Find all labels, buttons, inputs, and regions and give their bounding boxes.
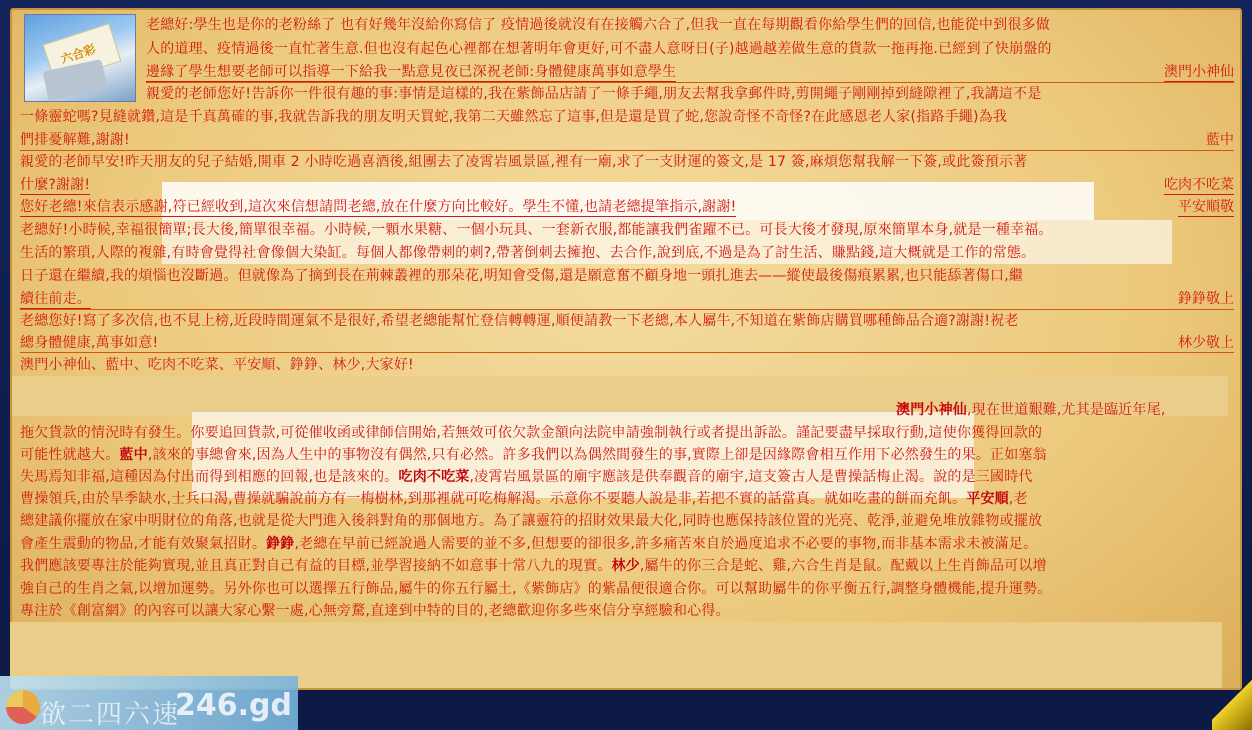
reply-text: 我們應該要專注於能夠實現,並且真正對自己有益的目標,並學習接納不如意事十常八九的…	[20, 558, 612, 574]
reply-text: ,凌霄岩風景區的廟宇應該是供奉觀音的廟宇,這支簽古人是曹操話梅止渴。說的是三國時…	[470, 469, 1033, 485]
divider	[20, 150, 1234, 151]
recipient-name: 藍中	[119, 447, 147, 463]
letter-line: 人的道理、疫情過後一直忙著生意.但也沒有起色心裡都在想著明年會更好,可不盡人意呀…	[146, 40, 1052, 58]
reply-text: 總建議你擺放在家中明財位的角落,也就是從大門進入後斜對角的那個地方。為了讓靈符的…	[20, 513, 1042, 529]
reply-text: 專注於《創富網》的內容可以讓大家心繫一處,心無旁騖,直達到中特的目的,老總歡迎你…	[20, 603, 730, 619]
letter-signature: 澳門小神仙	[1164, 63, 1234, 82]
reply-line: 澳門小神仙,現在世道艱難,尤其是臨近年尾,	[896, 401, 1166, 419]
reply-line: 總建議你擺放在家中明財位的角落,也就是從大門進入後斜對角的那個地方。為了讓靈符的…	[20, 512, 1042, 530]
reply-line: 可能性就越大。藍中,該來的事總會來,因為人生中的事物沒有偶然,只有必然。許多我們…	[20, 446, 1047, 464]
watermark-logo: 欲二四六速 246.gd	[0, 676, 298, 730]
reply-text: ,屬牛的你三合是蛇、雞,六合生肖是鼠。配戴以上生肖飾品可以增	[640, 558, 1047, 574]
recipient-name: 吃肉不吃菜	[399, 469, 470, 485]
reply-text: 可能性就越大。	[20, 447, 119, 463]
letter-line: 親愛的老師您好!告訴你一件很有趣的事:事情是這樣的,我在紫飾品店請了一條手繩,朋…	[146, 85, 1042, 103]
reply-line: 失馬焉知非福,這種因為付出而得到相應的回報,也是該來的。吃肉不吃菜,凌霄岩風景區…	[20, 468, 1033, 486]
letter-line: 續往前走。	[20, 290, 91, 309]
recipient-name: 澳門小神仙	[896, 402, 967, 418]
letter-signature: 藍中	[1206, 131, 1234, 149]
reply-text: 拖欠貨款的情況時有發生。你要追回貨款,可從催收函或律師信開始,若無效可依欠款金額…	[20, 425, 1042, 441]
recipient-name: 錚錚	[266, 536, 294, 552]
watermark-domain: 246.gd	[175, 688, 292, 723]
logo-icon	[6, 690, 40, 724]
reply-text: ,老	[1009, 491, 1028, 507]
reply-line: 拖欠貨款的情況時有發生。你要追回貨款,可從催收函或律師信開始,若無效可依欠款金額…	[20, 424, 1042, 442]
reply-text: 失馬焉知非福,這種因為付出而得到相應的回報,也是該來的。	[20, 469, 399, 485]
reply-text: ,老總在早前已經說過人需要的並不多,但想要的卻很多,許多痛苦來自於過度追求不必要…	[294, 536, 1037, 552]
reply-text: 會產生震動的物品,才能有效聚氣招財。	[20, 536, 266, 552]
reply-text: 強自己的生肖之氣,以增加運勢。另外你也可以選擇五行飾品,屬牛的你五行屬土,《紫飾…	[20, 581, 1051, 597]
letter-line: 總身體健康,萬事如意!	[20, 334, 158, 353]
divider	[20, 352, 1234, 353]
recipient-name: 林少	[612, 558, 640, 574]
reply-text: 曹操領兵,由於旱季缺水,士兵口渴,曹操就騙說前方有一梅樹林,到那裡就可吃梅解渴。…	[20, 491, 966, 507]
reply-line: 曹操領兵,由於旱季缺水,士兵口渴,曹操就騙說前方有一梅樹林,到那裡就可吃梅解渴。…	[20, 490, 1028, 508]
reply-text: ,該來的事總會來,因為人生中的事物沒有偶然,只有必然。許多我們以為偶然間發生的事…	[148, 447, 1047, 463]
letter-signature: 吃肉不吃菜	[1164, 176, 1234, 195]
reply-line: 強自己的生肖之氣,以增加運勢。另外你也可以選擇五行飾品,屬牛的你五行屬土,《紫飾…	[20, 580, 1051, 598]
letter-signature: 林少敬上	[1178, 334, 1234, 353]
watermark-chinese: 欲二四六速	[40, 694, 180, 730]
letter-line: 您好老總!來信表示感謝,符已經收到,這次來信想請問老總,放在什麼方向比較好。學生…	[20, 198, 736, 217]
letter-signature: 錚錚敬上	[1178, 290, 1234, 308]
letter-line: 老總好!小時候,幸福很簡單;長大後,簡單很幸福。小時候,一顆水果糖、一個小玩具、…	[20, 221, 1053, 239]
reply-line: 我們應該要專注於能夠實現,並且真正對自己有益的目標,並學習接納不如意事十常八九的…	[20, 557, 1047, 575]
reply-line: 專注於《創富網》的內容可以讓大家心繫一處,心無旁騖,直達到中特的目的,老總歡迎你…	[20, 602, 730, 620]
letter-line: 一條靈蛇嗎?見縫就鑽,這是千真萬確的事,我就告訴我的朋友明天買蛇,我第二天雖然忘…	[20, 108, 1007, 126]
divider	[146, 82, 1234, 83]
letter-line: 邊緣了學生想要老師可以指導一下給我一點意見夜已深祝老師:身體健康萬事如意學生	[146, 63, 676, 82]
recipient-name: 平安順	[966, 491, 1009, 507]
mailbox-image: 六合彩	[24, 14, 136, 102]
divider	[20, 309, 1234, 310]
letter-line: 老總您好!寫了多次信,也不見上榜,近段時間運氣不是很好,希望老總能幫忙登信轉轉運…	[20, 312, 1019, 330]
letter-line: 們排憂解難,謝謝!	[20, 131, 130, 149]
letter-line: 老總好:學生也是你的老粉絲了 也有好幾年沒給你寫信了 疫情過後就沒有在接觸六合了…	[146, 16, 1050, 34]
letter-line: 什麼?謝謝!	[20, 176, 90, 195]
letter-line: 親愛的老師早安!昨天朋友的兒子結婚,開車 2 小時吃過喜酒後,組團去了凌霄岩風景…	[20, 153, 1027, 171]
reply-greeting: 澳門小神仙、藍中、吃肉不吃菜、平安順、錚錚、林少,大家好!	[20, 356, 414, 374]
letter-signature: 平安順敬	[1178, 198, 1234, 217]
reply-text: ,現在世道艱難,尤其是臨近年尾,	[967, 402, 1166, 418]
letter-line: 生活的繁瑣,人際的複雜,有時會覺得社會像個大染缸。每個人都像帶刺的刺?,帶著倒刺…	[20, 244, 1035, 262]
reply-line: 會產生震動的物品,才能有效聚氣招財。錚錚,老總在早前已經說過人需要的並不多,但想…	[20, 535, 1037, 553]
letter-line: 日子還在繼續,我的煩惱也沒斷過。但就像為了摘到長在荊棘叢裡的那朵花,明知會受傷,…	[20, 267, 1023, 285]
